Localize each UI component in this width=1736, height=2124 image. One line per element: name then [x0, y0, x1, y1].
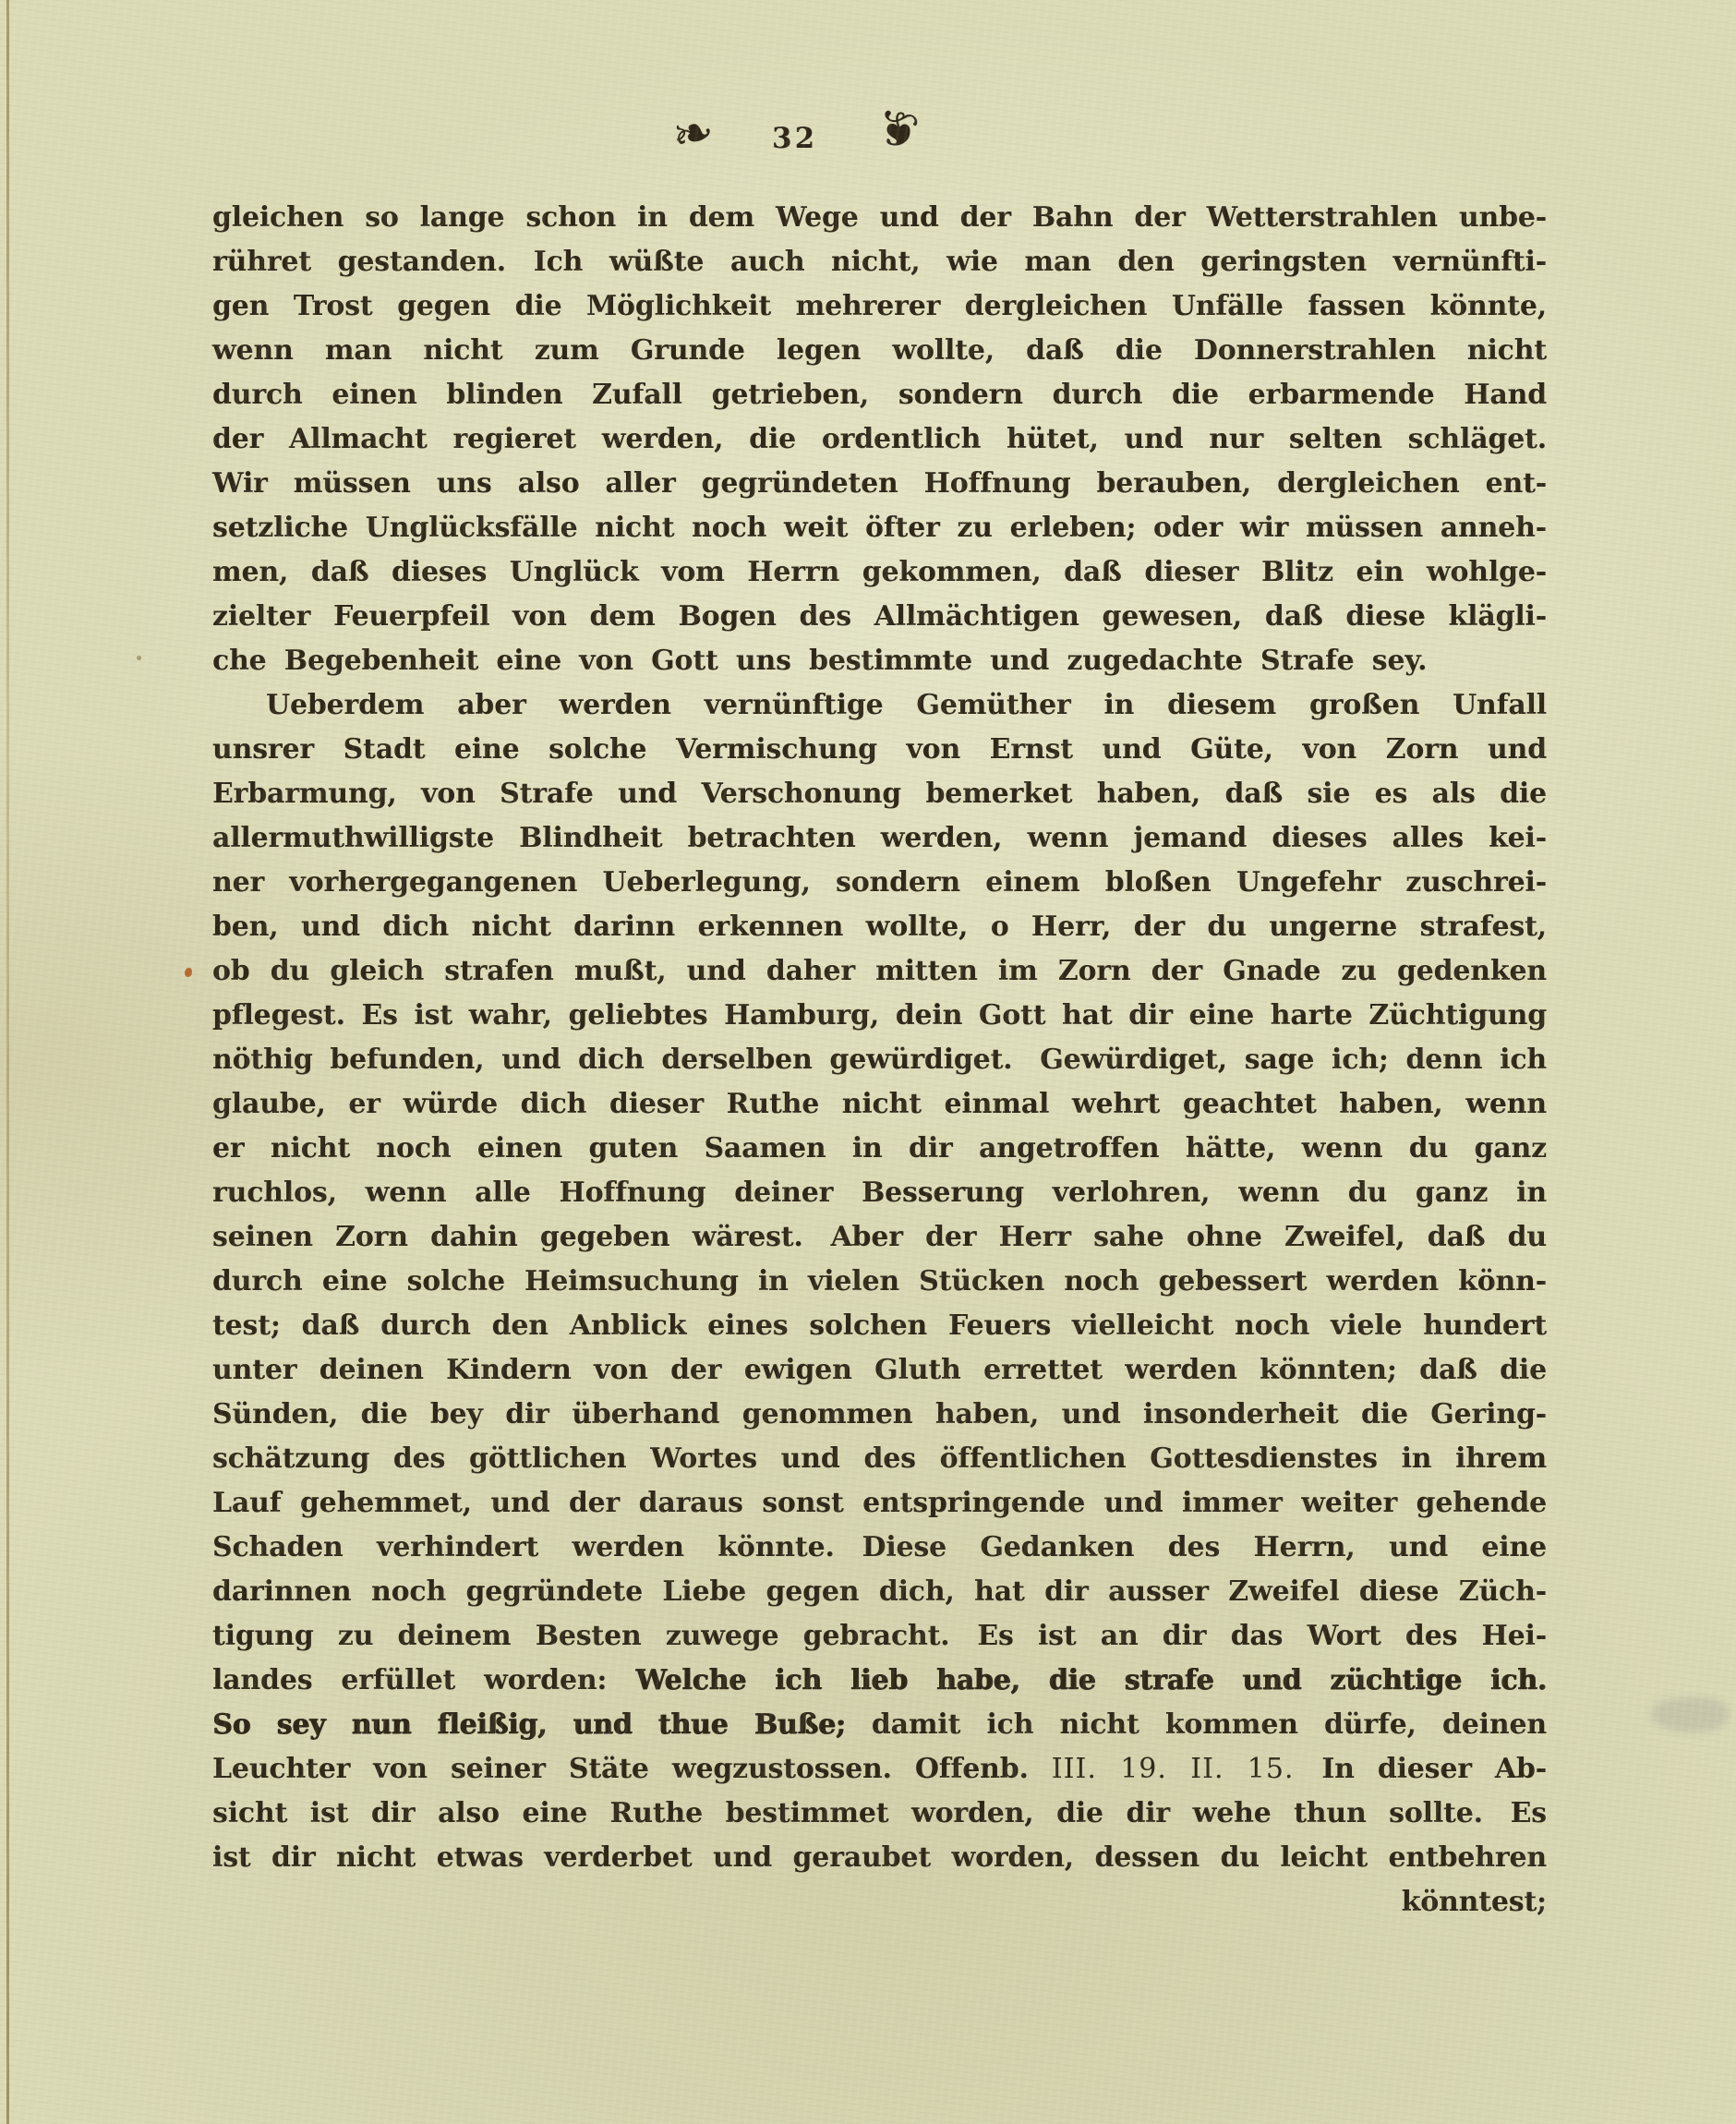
page-fold-line [6, 0, 9, 2124]
body-text: ist dir nicht etwas verderbet und geraub… [212, 1841, 1547, 1874]
text-line: gleichen so lange schon in dem Wege und … [212, 196, 1547, 240]
body-text: unter deinen Kindern von der ewigen Glut… [212, 1354, 1547, 1386]
body-text: zielter Feuerpfeil von dem Bogen des All… [212, 600, 1547, 633]
body-text: durch einen blinden Zufall getrieben, so… [212, 379, 1547, 411]
body-text: Erbarmung, von Strafe und Verschonung be… [212, 778, 1547, 810]
text-line: setzliche Unglücksfälle nicht noch weit … [212, 506, 1547, 550]
body-text: Leuchter von seiner Stäte wegzustossen. … [212, 1753, 1052, 1785]
body-text: ob du gleich strafen mußt, und daher mit… [212, 955, 1547, 987]
text-line: test; daß durch den Anblick eines solche… [212, 1304, 1547, 1348]
text-line: nöthig befunden, und dich derselben gewü… [212, 1038, 1547, 1082]
body-text: rühret gestanden. Ich wüßte auch nicht, … [212, 246, 1547, 278]
body-text: men, daß dieses Unglück vom Herrn gekomm… [212, 556, 1547, 588]
body-text: er nicht noch einen guten Saamen in dir … [212, 1132, 1547, 1165]
catchword: könntest; [212, 1880, 1547, 1925]
scripture-quote-text: So sey nun fleißig, und thue Buße; [212, 1708, 846, 1741]
text-line: tigung zu deinem Besten zuwege gebracht.… [212, 1614, 1547, 1659]
body-text: che Begebenheit eine von Gott uns bestim… [212, 645, 1427, 677]
body-text: Wir müssen uns also aller gegründeten Ho… [212, 467, 1547, 500]
body-text: pflegest. Es ist wahr, geliebtes Hamburg… [212, 999, 1547, 1032]
body-text: schätzung des göttlichen Wortes und des … [212, 1442, 1547, 1475]
text-line: ist dir nicht etwas verderbet und geraub… [212, 1836, 1547, 1880]
body-text: landes erfüllet worden: [212, 1664, 635, 1696]
floral-ornament-icon: ❦ [874, 103, 922, 158]
body-text: der Allmacht regieret werden, die ordent… [212, 423, 1547, 455]
body-text: Ueberdem aber werden vernünftige Gemüthe… [266, 689, 1547, 721]
body-text: gen Trost gegen die Möglichkeit mehrerer… [212, 290, 1547, 322]
text-line: wenn man nicht zum Grunde legen wollte, … [212, 329, 1547, 373]
body-text: allermuthwilligste Blindheit betrachten … [212, 822, 1547, 854]
text-line: unsrer Stadt eine solche Vermischung von… [212, 728, 1547, 772]
body-text: durch eine solche Heimsuchung in vielen … [212, 1265, 1547, 1297]
text-line: rühret gestanden. Ich wüßte auch nicht, … [212, 240, 1547, 284]
text-line: gen Trost gegen die Möglichkeit mehrerer… [212, 284, 1547, 329]
body-text: unsrer Stadt eine solche Vermischung von… [212, 733, 1547, 766]
text-line: darinnen noch gegründete Liebe gegen dic… [212, 1570, 1547, 1614]
text-line: durch einen blinden Zufall getrieben, so… [212, 373, 1547, 417]
body-text: III. 19. II. 15. [1052, 1753, 1295, 1785]
body-text: gleichen so lange schon in dem Wege und … [212, 201, 1547, 234]
body-text: setzliche Unglücksfälle nicht noch weit … [212, 512, 1547, 544]
body-text: test; daß durch den Anblick eines solche… [212, 1309, 1547, 1342]
text-line: ob du gleich strafen mußt, und daher mit… [212, 949, 1547, 994]
text-line: seinen Zorn dahin gegeben wärest. Aber d… [212, 1215, 1547, 1260]
text-line: che Begebenheit eine von Gott uns bestim… [212, 639, 1547, 683]
body-text: In dieser Ab- [1295, 1753, 1547, 1785]
body-text: wenn man nicht zum Grunde legen wollte, … [212, 334, 1547, 367]
ink-speck [185, 968, 192, 977]
body-text: sicht ist dir also eine Ruthe bestimmet … [212, 1797, 1547, 1829]
page-number: 32 [772, 122, 817, 155]
text-line: durch eine solche Heimsuchung in vielen … [212, 1260, 1547, 1304]
text-line: zielter Feuerpfeil von dem Bogen des All… [212, 595, 1547, 639]
scripture-quote-text: Welche ich lieb habe, die strafe und züc… [635, 1664, 1547, 1696]
body-text: Lauf gehemmet, und der daraus sonst ents… [212, 1487, 1547, 1519]
paper-fleck [137, 656, 141, 660]
text-line: glaube, er würde dich dieser Ruthe nicht… [212, 1082, 1547, 1127]
text-line: ben, und dich nicht darinn erkennen woll… [212, 905, 1547, 949]
text-line: Schaden verhindert werden könnte. Diese … [212, 1526, 1547, 1570]
body-text: ben, und dich nicht darinn erkennen woll… [212, 911, 1547, 943]
text-line: So sey nun fleißig, und thue Buße; damit… [212, 1703, 1547, 1747]
text-line: sicht ist dir also eine Ruthe bestimmet … [212, 1792, 1547, 1836]
text-line: Wir müssen uns also aller gegründeten Ho… [212, 462, 1547, 506]
body-text: damit ich nicht kommen dürfe, deinen [846, 1708, 1547, 1741]
body-text: Sünden, die bey dir überhand genommen ha… [212, 1398, 1547, 1430]
text-line: landes erfüllet worden: Welche ich lieb … [212, 1659, 1547, 1703]
text-line: men, daß dieses Unglück vom Herrn gekomm… [212, 550, 1547, 595]
text-line: Erbarmung, von Strafe und Verschonung be… [212, 772, 1547, 816]
text-line: schätzung des göttlichen Wortes und des … [212, 1437, 1547, 1481]
text-line: Lauf gehemmet, und der daraus sonst ents… [212, 1481, 1547, 1526]
body-text: ner vorhergegangenen Ueberlegung, sonder… [212, 866, 1547, 899]
text-line: er nicht noch einen guten Saamen in dir … [212, 1127, 1547, 1171]
text-line: Ueberdem aber werden vernünftige Gemüthe… [212, 683, 1547, 728]
body-text: nöthig befunden, und dich derselben gewü… [212, 1044, 1547, 1076]
text-line: pflegest. Es ist wahr, geliebtes Hamburg… [212, 994, 1547, 1038]
body-text: glaube, er würde dich dieser Ruthe nicht… [212, 1088, 1547, 1120]
text-line: ner vorhergegangenen Ueberlegung, sonder… [212, 861, 1547, 905]
text-line: der Allmacht regieret werden, die ordent… [212, 417, 1547, 462]
text-line: Leuchter von seiner Stäte wegzustossen. … [212, 1747, 1547, 1792]
body-text: Schaden verhindert werden könnte. Diese … [212, 1531, 1547, 1563]
floral-ornament-icon: ❧ [668, 105, 718, 163]
text-line: allermuthwilligste Blindheit betrachten … [212, 816, 1547, 861]
margin-smudge [1651, 1697, 1729, 1732]
body-text: seinen Zorn dahin gegeben wärest. Aber d… [212, 1221, 1547, 1253]
text-line: ruchlos, wenn alle Hoffnung deiner Besse… [212, 1171, 1547, 1215]
book-page: ❧ 32 ❦ gleichen so lange schon in dem We… [0, 0, 1736, 2124]
text-line: unter deinen Kindern von der ewigen Glut… [212, 1348, 1547, 1393]
body-text: darinnen noch gegründete Liebe gegen dic… [212, 1575, 1547, 1608]
text-block: gleichen so lange schon in dem Wege und … [212, 196, 1547, 1925]
body-text: tigung zu deinem Besten zuwege gebracht.… [212, 1620, 1547, 1652]
text-line: Sünden, die bey dir überhand genommen ha… [212, 1393, 1547, 1437]
body-text: ruchlos, wenn alle Hoffnung deiner Besse… [212, 1177, 1547, 1209]
